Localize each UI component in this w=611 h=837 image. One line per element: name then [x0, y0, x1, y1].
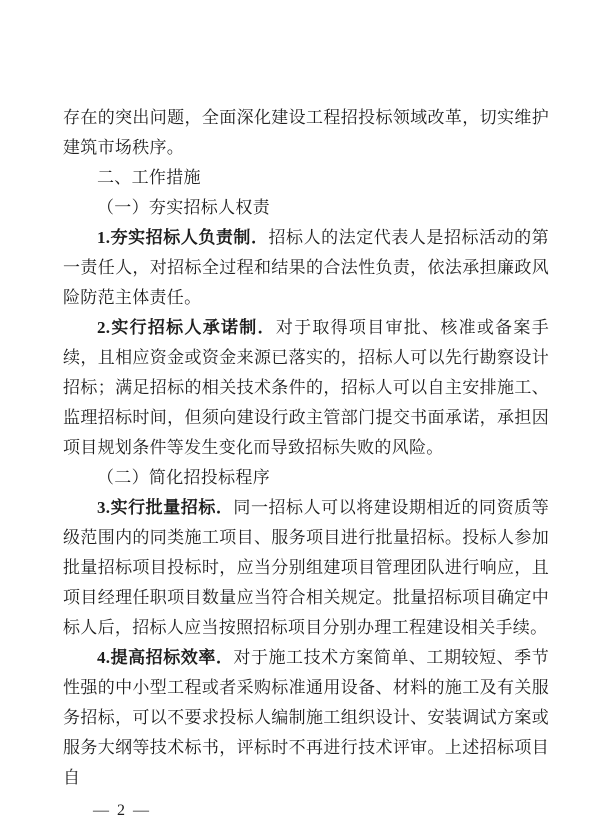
page-number: — 2 —: [93, 802, 151, 819]
page-footer: — 2 —: [63, 800, 549, 822]
paragraph-measure-1: 1.夯实招标人负责制．招标人的法定代表人是招标活动的第一责任人，对招标全过程和结…: [63, 223, 549, 313]
measure-2-text: 对于取得项目审批、核准或备案手续，且相应资金或资金来源已落实的，招标人可以先行勘…: [63, 318, 549, 457]
measure-4-lead: 4.提高招标效率．: [97, 648, 233, 667]
paragraph-continuation: 存在的突出问题，全面深化建设工程招投标领域改革，切实维护建筑市场秩序。: [63, 103, 549, 163]
subsection-heading-1: （一）夯实招标人权责: [63, 193, 549, 223]
measure-2-lead: 2.实行招标人承诺制．: [97, 318, 276, 337]
measure-4-text: 对于施工技术方案简单、工期较短、季节性强的中小型工程或者采购标准通用设备、材料的…: [63, 648, 549, 787]
document-page: 存在的突出问题，全面深化建设工程招投标领域改革，切实维护建筑市场秩序。 二、工作…: [0, 0, 611, 837]
paragraph-measure-4: 4.提高招标效率．对于施工技术方案简单、工期较短、季节性强的中小型工程或者采购标…: [63, 643, 549, 793]
subsection-heading-2: （二）简化招投标程序: [63, 463, 549, 493]
measure-3-lead: 3.实行批量招标．: [97, 498, 233, 517]
paragraph-measure-2: 2.实行招标人承诺制．对于取得项目审批、核准或备案手续，且相应资金或资金来源已落…: [63, 313, 549, 463]
paragraph-measure-3: 3.实行批量招标．同一招标人可以将建设期相近的同资质等级范围内的同类施工项目、服…: [63, 493, 549, 643]
measure-3-text: 同一招标人可以将建设期相近的同资质等级范围内的同类施工项目、服务项目进行批量招标…: [63, 498, 549, 637]
document-body: 存在的突出问题，全面深化建设工程招投标领域改革，切实维护建筑市场秩序。 二、工作…: [63, 103, 549, 793]
measure-1-lead: 1.夯实招标人负责制．: [97, 228, 269, 247]
section-heading: 二、工作措施: [63, 163, 549, 193]
